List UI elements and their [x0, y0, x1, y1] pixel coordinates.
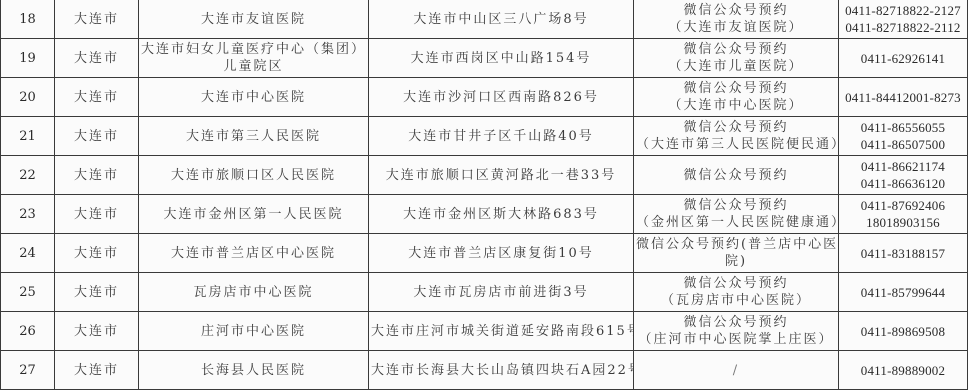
- appointment-cell: 微信公众号预约（大连市中心医院）: [634, 78, 839, 117]
- table-row: 19 大连市 大连市妇女儿童医疗中心（集团）儿童院区 大连市西岗区中山路154号…: [1, 39, 968, 78]
- phone-line: 0411-82718822-2112: [841, 19, 965, 36]
- address-cell: 大连市普兰店区康复街10号: [369, 234, 634, 273]
- hospital-name-cell: 大连市金州区第一人民医院: [139, 195, 369, 234]
- row-number: 22: [1, 156, 55, 195]
- hospital-name-cell: 大连市友谊医院: [139, 0, 369, 39]
- hospital-name-line: 大连市中心医院: [141, 89, 366, 106]
- appointment-line: （大连市友谊医院）: [636, 19, 836, 36]
- phone-cell: 0411-84412001-8273: [839, 78, 968, 117]
- address-cell: 大连市中山区三八广场8号: [369, 0, 634, 39]
- hospital-name-line: 大连市友谊医院: [141, 11, 366, 28]
- hospital-table: 18 大连市 大连市友谊医院 大连市中山区三八广场8号 微信公众号预约（大连市友…: [0, 0, 968, 390]
- hospital-name-cell: 大连市旅顺口区人民医院: [139, 156, 369, 195]
- phone-line: 0411-82718822-2127: [841, 2, 965, 19]
- city-cell: 大连市: [55, 351, 139, 390]
- city-cell: 大连市: [55, 78, 139, 117]
- hospital-name-cell: 大连市第三人民医院: [139, 117, 369, 156]
- phone-line: 0411-87692406: [841, 197, 965, 214]
- appointment-cell: 微信公众号预约（大连市友谊医院）: [634, 0, 839, 39]
- hospital-name-line: 儿童院区: [141, 58, 366, 75]
- appointment-line: 院): [636, 253, 836, 270]
- city-cell: 大连市: [55, 312, 139, 351]
- appointment-line: （大连市第三人民医院便民通）: [636, 136, 836, 153]
- hospital-name-cell: 庄河市中心医院: [139, 312, 369, 351]
- appointment-cell: 微信公众号预约（大连市第三人民医院便民通）: [634, 117, 839, 156]
- appointment-cell: 微信公众号预约（金州区第一人民医院健康通）: [634, 195, 839, 234]
- hospital-name-line: 大连市金州区第一人民医院: [141, 206, 366, 223]
- phone-cell: 0411-866211740411-86636120: [839, 156, 968, 195]
- phone-cell: 0411-82718822-21270411-82718822-2112: [839, 0, 968, 39]
- appointment-line: 微信公众号预约: [636, 275, 836, 292]
- city-cell: 大连市: [55, 39, 139, 78]
- address-cell: 大连市沙河口区西南路826号: [369, 78, 634, 117]
- appointment-cell: 微信公众号预约: [634, 156, 839, 195]
- row-number: 20: [1, 78, 55, 117]
- phone-line: 0411-89889002: [841, 362, 965, 379]
- phone-cell: 0411-83188157: [839, 234, 968, 273]
- appointment-line: （金州区第一人民医院健康通）: [636, 214, 836, 231]
- appointment-line: （大连市儿童医院）: [636, 58, 836, 75]
- appointment-line: 微信公众号预约: [636, 119, 836, 136]
- row-number: 23: [1, 195, 55, 234]
- phone-line: 0411-86621174: [841, 158, 965, 175]
- table-row: 26 大连市 庄河市中心医院 大连市庄河市城关街道延安路南段615号 微信公众号…: [1, 312, 968, 351]
- appointment-cell: 微信公众号预约（庄河市中心医院掌上庄医）: [634, 312, 839, 351]
- appointment-line: 微信公众号预约: [636, 2, 836, 19]
- city-cell: 大连市: [55, 234, 139, 273]
- row-number: 25: [1, 273, 55, 312]
- phone-cell: 0411-8769240618018903156: [839, 195, 968, 234]
- phone-cell: 0411-85799644: [839, 273, 968, 312]
- appointment-line: 微信公众号预约: [636, 41, 836, 58]
- phone-line: 0411-86507500: [841, 136, 965, 153]
- hospital-name-cell: 瓦房店市中心医院: [139, 273, 369, 312]
- appointment-cell: 微信公众号预约（大连市儿童医院）: [634, 39, 839, 78]
- table-row: 27 大连市 长海县人民医院 大连市长海县大长山岛镇四块石A园22号 / 041…: [1, 351, 968, 390]
- city-cell: 大连市: [55, 0, 139, 39]
- table-row: 24 大连市 大连市普兰店区中心医院 大连市普兰店区康复街10号 微信公众号预约…: [1, 234, 968, 273]
- address-cell: 大连市金州区斯大林路683号: [369, 195, 634, 234]
- appointment-cell: 微信公众号预约（瓦房店市中心医院）: [634, 273, 839, 312]
- hospital-name-cell: 大连市中心医院: [139, 78, 369, 117]
- hospital-name-line: 大连市旅顺口区人民医院: [141, 167, 366, 184]
- hospital-name-line: 庄河市中心医院: [141, 323, 366, 340]
- table-row: 25 大连市 瓦房店市中心医院 大连市瓦房店市前进街3号 微信公众号预约（瓦房店…: [1, 273, 968, 312]
- row-number: 21: [1, 117, 55, 156]
- phone-cell: 0411-89869508: [839, 312, 968, 351]
- appointment-line: 微信公众号预约: [636, 197, 836, 214]
- address-cell: 大连市庄河市城关街道延安路南段615号: [369, 312, 634, 351]
- table-row: 23 大连市 大连市金州区第一人民医院 大连市金州区斯大林路683号 微信公众号…: [1, 195, 968, 234]
- appointment-line: （庄河市中心医院掌上庄医）: [636, 331, 836, 348]
- phone-line: 0411-83188157: [841, 245, 965, 262]
- table-row: 22 大连市 大连市旅顺口区人民医院 大连市旅顺口区黄河路北一巷33号 微信公众…: [1, 156, 968, 195]
- address-cell: 大连市西岗区中山路154号: [369, 39, 634, 78]
- row-number: 18: [1, 0, 55, 39]
- appointment-line: 微信公众号预约: [636, 167, 836, 184]
- hospital-name-line: 大连市妇女儿童医疗中心（集团）: [141, 41, 366, 58]
- phone-cell: 0411-89889002: [839, 351, 968, 390]
- phone-cell: 0411-62926141: [839, 39, 968, 78]
- city-cell: 大连市: [55, 156, 139, 195]
- city-cell: 大连市: [55, 273, 139, 312]
- hospital-name-line: 大连市第三人民医院: [141, 128, 366, 145]
- phone-line: 0411-89869508: [841, 323, 965, 340]
- hospital-name-cell: 大连市普兰店区中心医院: [139, 234, 369, 273]
- appointment-line: 微信公众号预约: [636, 80, 836, 97]
- row-number: 27: [1, 351, 55, 390]
- row-number: 26: [1, 312, 55, 351]
- table-row: 20 大连市 大连市中心医院 大连市沙河口区西南路826号 微信公众号预约（大连…: [1, 78, 968, 117]
- address-cell: 大连市旅顺口区黄河路北一巷33号: [369, 156, 634, 195]
- phone-cell: 0411-865560550411-86507500: [839, 117, 968, 156]
- phone-line: 18018903156: [841, 214, 965, 231]
- address-cell: 大连市甘井子区千山路40号: [369, 117, 634, 156]
- hospital-name-cell: 长海县人民医院: [139, 351, 369, 390]
- phone-line: 0411-84412001-8273: [841, 89, 965, 106]
- phone-line: 0411-62926141: [841, 50, 965, 67]
- appointment-line: （瓦房店市中心医院）: [636, 292, 836, 309]
- phone-line: 0411-86556055: [841, 119, 965, 136]
- appointment-line: /: [636, 362, 836, 379]
- table-body: 18 大连市 大连市友谊医院 大连市中山区三八广场8号 微信公众号预约（大连市友…: [1, 0, 968, 390]
- row-number: 24: [1, 234, 55, 273]
- appointment-cell: 微信公众号预约(普兰店中心医院): [634, 234, 839, 273]
- hospital-name-line: 瓦房店市中心医院: [141, 284, 366, 301]
- hospital-name-line: 大连市普兰店区中心医院: [141, 245, 366, 262]
- appointment-line: （大连市中心医院）: [636, 97, 836, 114]
- address-cell: 大连市长海县大长山岛镇四块石A园22号: [369, 351, 634, 390]
- table-row: 21 大连市 大连市第三人民医院 大连市甘井子区千山路40号 微信公众号预约（大…: [1, 117, 968, 156]
- appointment-line: 微信公众号预约: [636, 314, 836, 331]
- hospital-name-line: 长海县人民医院: [141, 362, 366, 379]
- row-number: 19: [1, 39, 55, 78]
- city-cell: 大连市: [55, 117, 139, 156]
- phone-line: 0411-85799644: [841, 284, 965, 301]
- address-cell: 大连市瓦房店市前进街3号: [369, 273, 634, 312]
- phone-line: 0411-86636120: [841, 175, 965, 192]
- hospital-name-cell: 大连市妇女儿童医疗中心（集团）儿童院区: [139, 39, 369, 78]
- city-cell: 大连市: [55, 195, 139, 234]
- table-row: 18 大连市 大连市友谊医院 大连市中山区三八广场8号 微信公众号预约（大连市友…: [1, 0, 968, 39]
- appointment-line: 微信公众号预约(普兰店中心医: [636, 236, 836, 253]
- appointment-cell: /: [634, 351, 839, 390]
